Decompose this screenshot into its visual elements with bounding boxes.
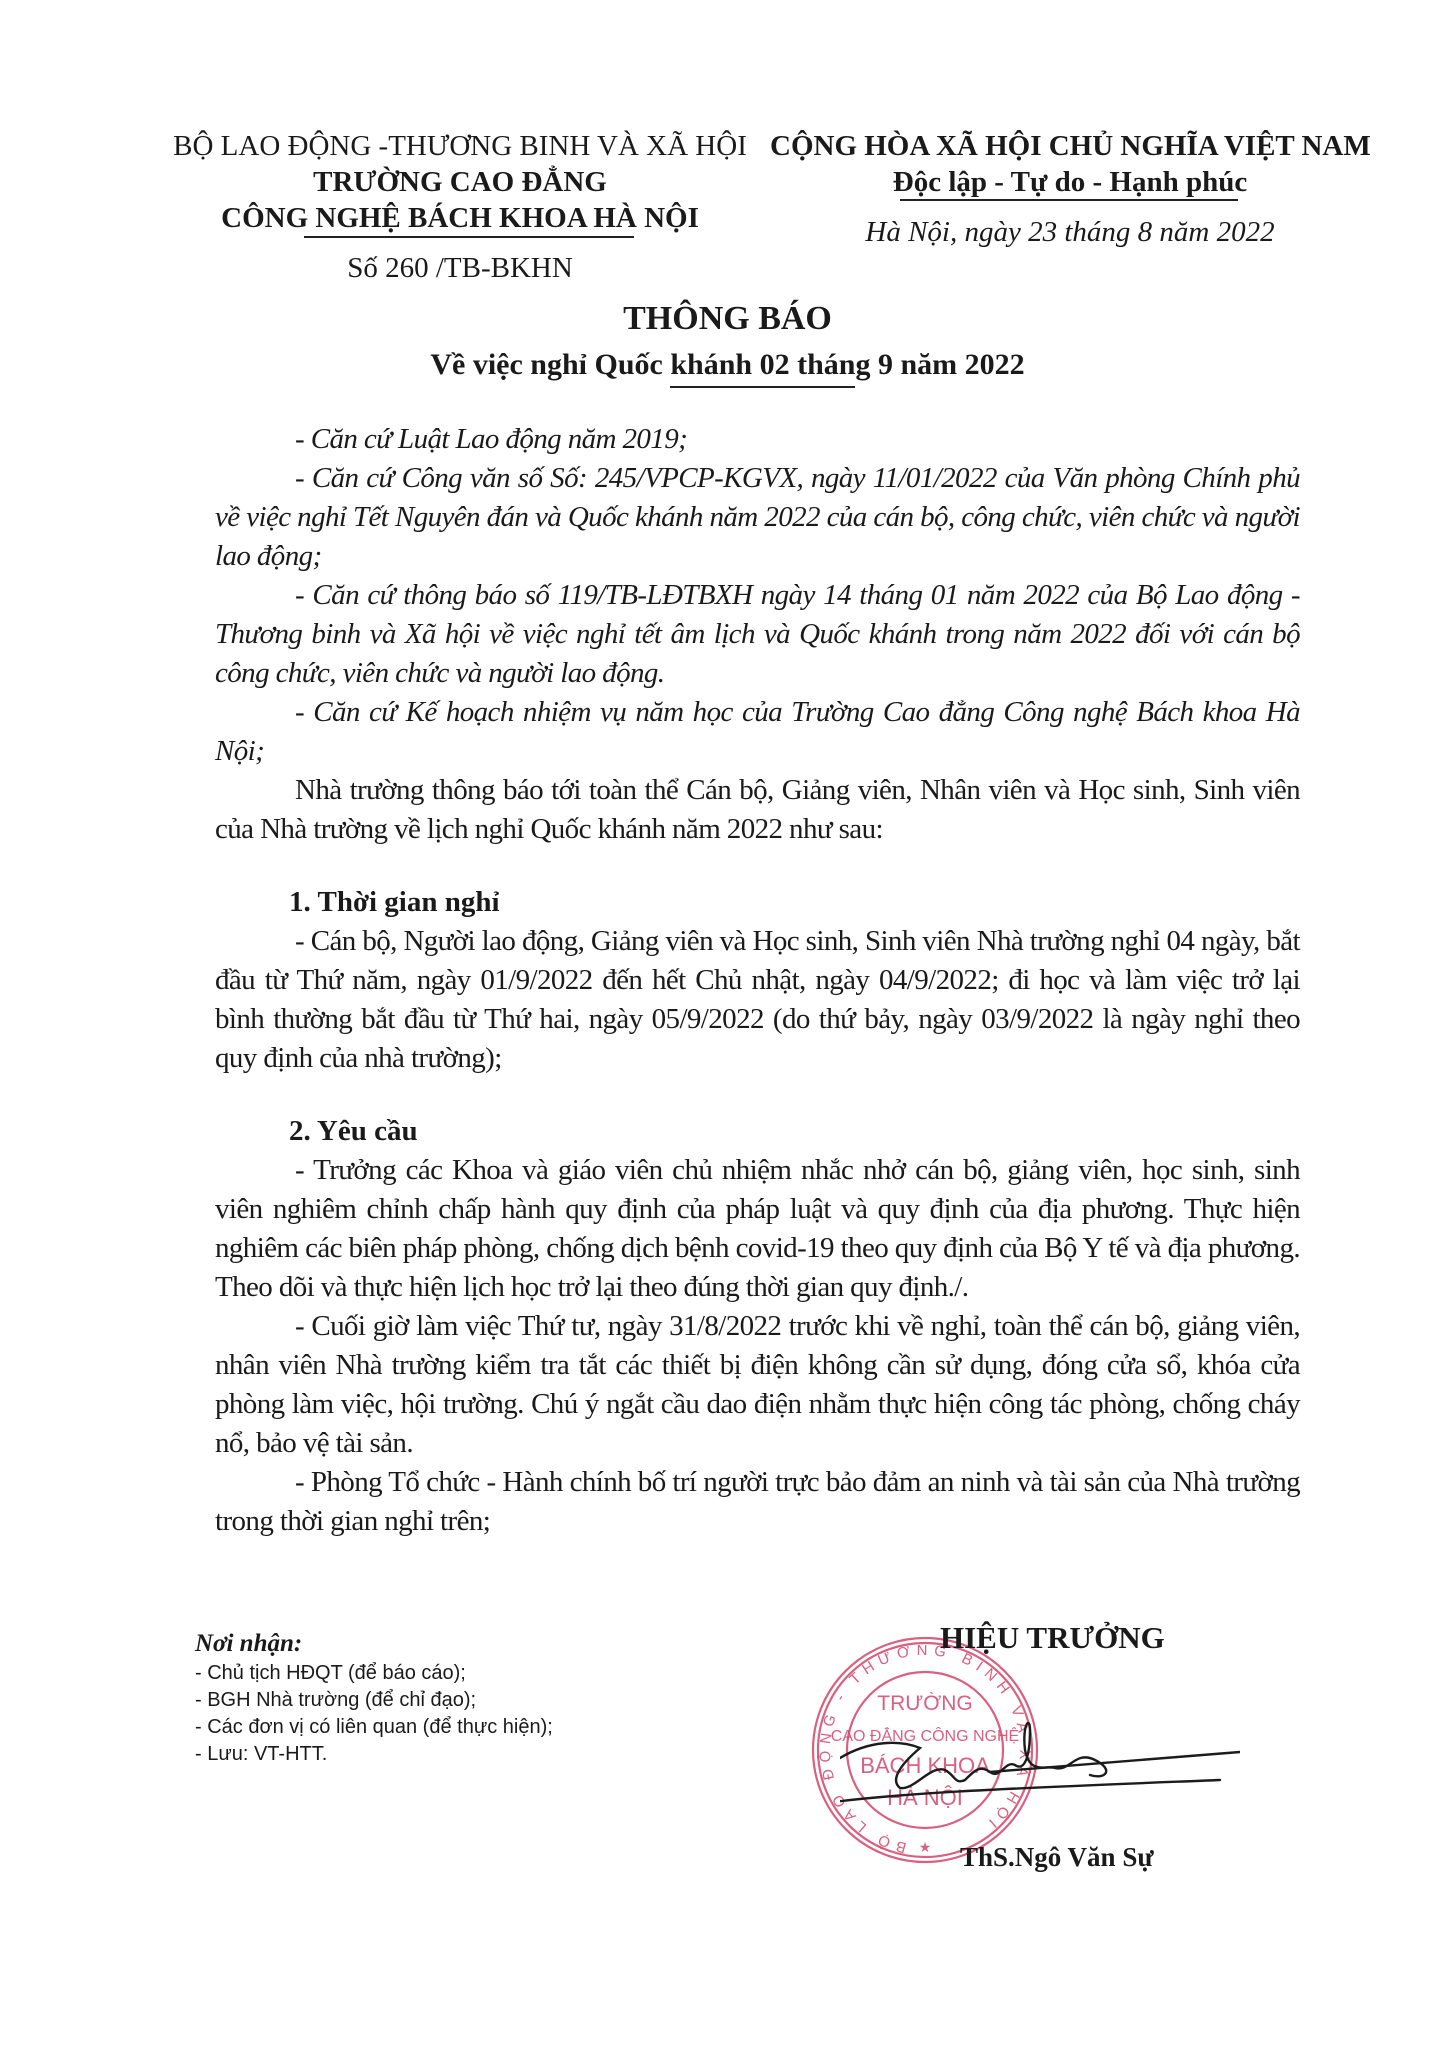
section-item: - Trưởng các Khoa và giáo viên chủ nhiệm… bbox=[215, 1151, 1300, 1307]
document-number: Số 260 /TB-BKHN bbox=[150, 250, 770, 286]
recipient-item: - Lưu: VT-HTT. bbox=[195, 1741, 553, 1768]
intro-paragraph: Nhà trường thông báo tới toàn thể Cán bộ… bbox=[215, 771, 1300, 849]
legal-basis-item: - Căn cứ Luật Lao động năm 2019; bbox=[215, 420, 1300, 459]
handwritten-signature-icon bbox=[840, 1710, 1240, 1820]
section-item: - Cuối giờ làm việc Thứ tư, ngày 31/8/20… bbox=[215, 1307, 1300, 1463]
recipient-item: - Các đơn vị có liên quan (để thực hiện)… bbox=[195, 1714, 553, 1741]
issuer-block: BỘ LAO ĐỘNG -THƯƠNG BINH VÀ XÃ HỘI TRƯỜN… bbox=[150, 128, 770, 286]
ministry-name: BỘ LAO ĐỘNG -THƯƠNG BINH VÀ XÃ HỘI bbox=[150, 128, 770, 164]
recipient-item: - Chủ tịch HĐQT (để báo cáo); bbox=[195, 1660, 553, 1687]
recipients-block: Nơi nhận: - Chủ tịch HĐQT (để báo cáo); … bbox=[195, 1628, 553, 1768]
legal-basis-item: - Căn cứ Công văn số Số: 245/VPCP-KGVX, … bbox=[215, 459, 1300, 576]
legal-basis-item: - Căn cứ thông báo số 119/TB-LĐTBXH ngày… bbox=[215, 576, 1300, 693]
issuer-underline bbox=[304, 236, 634, 238]
section-heading: 1. Thời gian nghỉ bbox=[215, 883, 1300, 922]
country-name: CỘNG HÒA XÃ HỘI CHỦ NGHĨA VIỆT NAM bbox=[770, 128, 1370, 164]
school-name-line2: CÔNG NGHỆ BÁCH KHOA HÀ NỘI bbox=[150, 200, 770, 236]
document-title: THÔNG BÁO bbox=[0, 300, 1455, 338]
legal-basis: - Căn cứ Luật Lao động năm 2019; - Căn c… bbox=[215, 420, 1300, 771]
subtitle-underline bbox=[670, 386, 855, 388]
school-name-line1: TRƯỜNG CAO ĐẲNG bbox=[150, 164, 770, 200]
section-item: - Cán bộ, Người lao động, Giảng viên và … bbox=[215, 922, 1300, 1078]
motto-underline bbox=[900, 199, 1238, 201]
document-body: - Căn cứ Luật Lao động năm 2019; - Căn c… bbox=[215, 420, 1300, 1541]
section-heading: 2. Yêu cầu bbox=[215, 1112, 1300, 1151]
svg-text:★: ★ bbox=[919, 1839, 932, 1855]
signer-title: HIỆU TRƯỞNG bbox=[940, 1620, 1165, 1656]
national-motto: Độc lập - Tự do - Hạnh phúc bbox=[770, 164, 1370, 200]
place-and-date: Hà Nội, ngày 23 tháng 8 năm 2022 bbox=[770, 214, 1370, 250]
legal-basis-item: - Căn cứ Kế hoạch nhiệm vụ năm học của T… bbox=[215, 693, 1300, 771]
signer-name: ThS.Ngô Văn Sự bbox=[960, 1842, 1154, 1873]
document-subtitle: Về việc nghỉ Quốc khánh 02 tháng 9 năm 2… bbox=[0, 348, 1455, 382]
recipients-heading: Nơi nhận: bbox=[195, 1628, 553, 1660]
section-item: - Phòng Tổ chức - Hành chính bố trí ngườ… bbox=[215, 1463, 1300, 1541]
recipient-item: - BGH Nhà trường (để chỉ đạo); bbox=[195, 1687, 553, 1714]
national-header: CỘNG HÒA XÃ HỘI CHỦ NGHĨA VIỆT NAM Độc l… bbox=[770, 128, 1370, 250]
